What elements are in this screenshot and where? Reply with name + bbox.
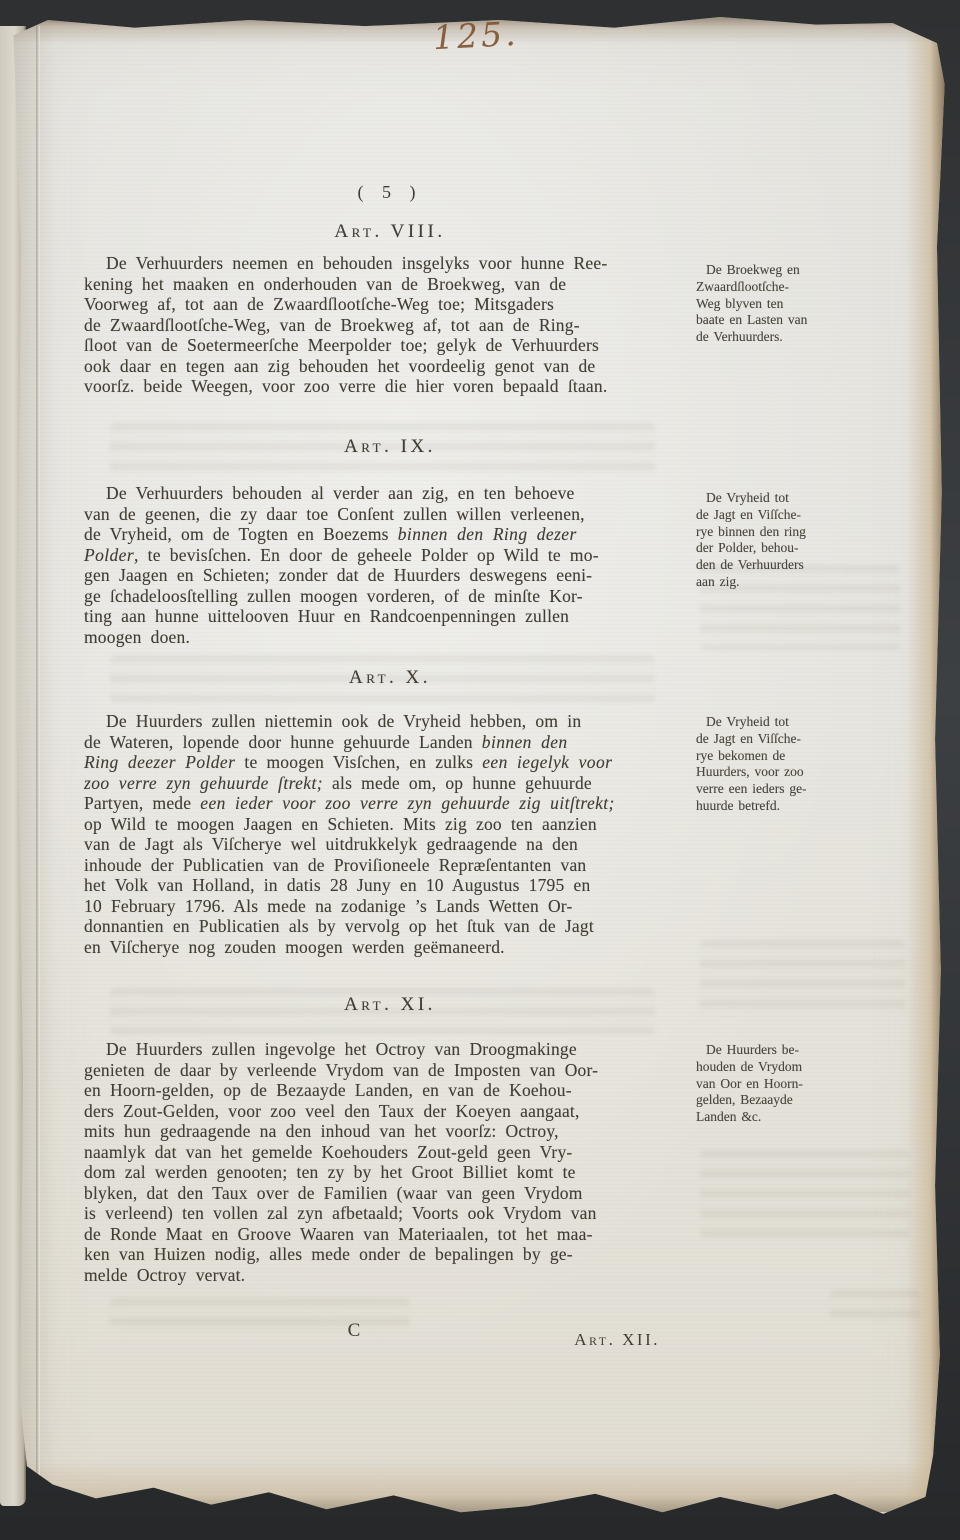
top-left-dark-spot — [22, 0, 108, 18]
bleedthrough-ghost-text — [700, 940, 905, 1018]
catchword: Art. XII. — [470, 1330, 660, 1350]
article-ix-heading: Art. IX. — [84, 436, 696, 458]
scanned-book-page: 125. ( 5 ) Art. VIII. De Verhuurders nee… — [0, 0, 960, 1540]
handwritten-folio-number: 125. — [432, 14, 519, 57]
page-number: ( 5 ) — [84, 182, 696, 203]
bleedthrough-ghost-text — [700, 1150, 910, 1238]
article-ix-margin-note: De Vryheid tot de Jagt en Viſſche- rye b… — [696, 490, 914, 591]
article-x-margin-note: De Vryheid tot de Jagt en Viſſche- rye b… — [696, 714, 914, 815]
article-viii-heading: Art. VIII. — [84, 221, 696, 243]
article-xi-heading: Art. XI. — [84, 994, 696, 1016]
page-crease — [36, 26, 40, 1496]
page-paper: 125. ( 5 ) Art. VIII. De Verhuurders nee… — [0, 0, 960, 1540]
article-xi-margin-note: De Huurders be- houden de Vrydom van Oor… — [696, 1042, 914, 1126]
article-x-body: De Huurders zullen niettemin ook de Vryh… — [84, 711, 696, 957]
article-ix-body: De Verhuurders behouden al verder aan zi… — [84, 483, 696, 647]
deckle-edge-bottom — [0, 1460, 960, 1512]
article-x-heading: Art. X. — [84, 667, 696, 689]
article-viii-margin-note: De Broekweg en Zwaardſlootſche- Weg blyv… — [696, 262, 914, 346]
bleedthrough-ghost-text — [830, 1290, 920, 1324]
article-xi-body: De Huurders zullen ingevolge het Octroy … — [84, 1039, 696, 1285]
article-viii-body: De Verhuurders neemen en behouden insgel… — [84, 253, 696, 397]
